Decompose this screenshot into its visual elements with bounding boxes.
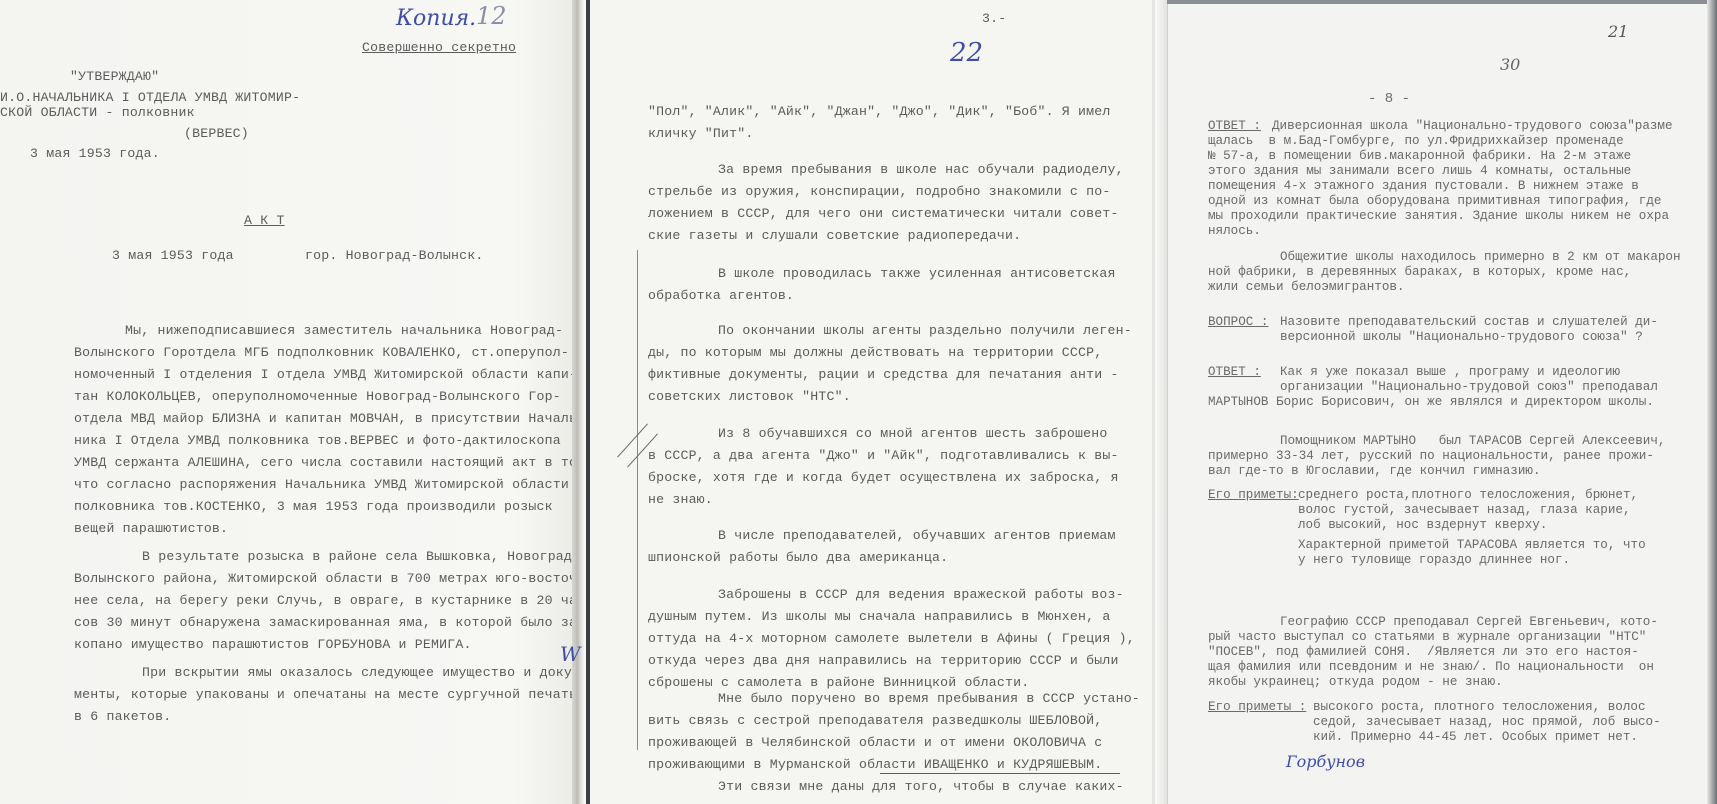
approval-label: "УТВЕРЖДАЮ"	[70, 66, 159, 89]
approval-line-2: СКОЙ ОБЛАСТИ - полковник	[0, 105, 195, 120]
handwritten-folio-top: 21	[1608, 22, 1628, 41]
page-gap	[1155, 0, 1167, 804]
approval-name: (ВЕРВЕС)	[184, 123, 249, 146]
page-number: 3.-	[982, 8, 1006, 31]
handwritten-copy-mark: Копия.	[396, 6, 476, 31]
answer-label: ОТВЕТ :	[1208, 119, 1261, 134]
question-text: Назовите преподавательский состав и слуш…	[1280, 315, 1658, 330]
handwritten-folio-number: 22	[950, 38, 983, 68]
answer-label: ОТВЕТ :	[1208, 365, 1261, 380]
page-top-edge	[1167, 0, 1717, 4]
document-page-interrogation: 21 30 - 8 - ОТВЕТ : Диверсионная школа "…	[1167, 0, 1717, 804]
features-label: Его приметы:	[1208, 488, 1299, 503]
approval-date: 3 мая 1953 года.	[30, 143, 160, 166]
page-right-edge	[1707, 0, 1717, 804]
answer-staff: Как я уже показал выше , програму и идео…	[1280, 365, 1620, 380]
classification-stamp: Совершенно секретно	[362, 37, 516, 60]
page-binding-edge	[572, 0, 586, 804]
handwritten-folio-number: 30	[1500, 55, 1520, 74]
document-page-testimony: 3.- 22 "Пол", "Алик", "Айк", "Джан", "Дж…	[590, 0, 1155, 804]
document-page-act: Копия. 12 Совершенно секретно "УТВЕРЖДАЮ…	[0, 0, 572, 804]
signature: Горбунов	[1286, 752, 1365, 771]
features-label: Его приметы :	[1208, 700, 1306, 715]
question-label: ВОПРОС :	[1208, 315, 1268, 330]
handwritten-folio-number: 12	[476, 2, 507, 30]
approval-line-1: И.О.НАЧАЛЬНИКА I ОТДЕЛА УМВД ЖИТОМИР-	[0, 90, 300, 105]
act-date: 3 мая 1953 года	[112, 245, 234, 268]
nickname-list: "Пол", "Алик", "Айк", "Джан", "Джо", "Ди…	[648, 101, 1111, 124]
document-title: А К Т	[244, 210, 285, 233]
page-number: - 8 -	[1368, 92, 1410, 107]
act-place: гор. Новоград-Волынск.	[305, 245, 484, 268]
